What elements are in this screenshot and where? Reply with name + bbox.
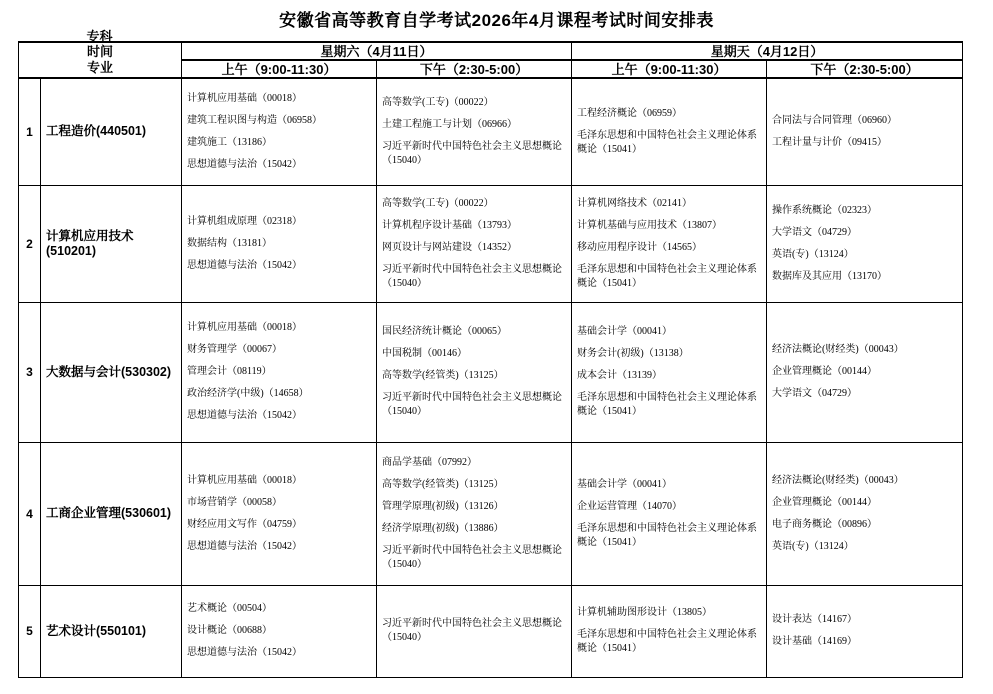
course-item: 习近平新时代中国特色社会主义思想概论（15040） <box>382 140 567 168</box>
courses-saturday-afternoon: 商品学基础（07992）高等数学(经管类)（13125）管理学原理(初级)（13… <box>377 442 572 585</box>
corner-header-cell: 时间 专业 <box>19 42 182 78</box>
course-item: 高等数学(工专)（00022） <box>382 197 567 211</box>
course-item: 计算机辅助图形设计（13805） <box>577 606 762 620</box>
course-item: 大学语文（04729） <box>772 226 958 240</box>
course-item: 高等数学(经管类)（13125） <box>382 369 567 383</box>
course-item: 电子商务概论（00896） <box>772 518 958 532</box>
course-item: 经济学原理(初级)（13886） <box>382 522 567 536</box>
course-item: 财务管理学（00067） <box>187 343 372 357</box>
course-item: 合同法与合同管理（06960） <box>772 114 958 128</box>
courses-saturday-morning: 计算机应用基础（00018）市场营销学（00058）财经应用文写作（04759）… <box>182 442 377 585</box>
course-item: 高等数学(工专)（00022） <box>382 96 567 110</box>
corner-major-label: 专业 <box>19 60 181 76</box>
course-item: 企业运营管理（14070） <box>577 500 762 514</box>
row-number: 2 <box>19 185 41 302</box>
courses-saturday-afternoon: 习近平新时代中国特色社会主义思想概论（15040） <box>377 585 572 677</box>
course-item: 思想道德与法治（15042） <box>187 158 372 172</box>
course-item: 设计表达（14167） <box>772 613 958 627</box>
major-name: 大数据与会计(530302) <box>41 302 182 442</box>
course-item: 计算机基础与应用技术（13807） <box>577 219 762 233</box>
row-number: 4 <box>19 442 41 585</box>
course-item: 建筑工程识图与构造（06958） <box>187 114 372 128</box>
course-item: 建筑施工（13186） <box>187 136 372 150</box>
course-item: 计算机应用基础（00018） <box>187 92 372 106</box>
courses-saturday-morning: 计算机组成原理（02318）数据结构（13181）思想道德与法治（15042） <box>182 185 377 302</box>
header-row-days: 时间 专业 星期六（4月11日） 星期天（4月12日） <box>19 42 963 60</box>
course-item: 设计概论（00688） <box>187 624 372 638</box>
course-item: 中国税制（00146） <box>382 347 567 361</box>
course-item: 操作系统概论（02323） <box>772 204 958 218</box>
courses-sunday-morning: 基础会计学（00041）财务会计(初级)（13138）成本会计（13139）毛泽… <box>572 302 767 442</box>
course-item: 政治经济学(中级)（14658） <box>187 387 372 401</box>
course-item: 计算机组成原理（02318） <box>187 215 372 229</box>
course-item: 毛泽东思想和中国特色社会主义理论体系概论（15041） <box>577 129 762 157</box>
course-item: 工程计量与计价（09415） <box>772 136 958 150</box>
course-item: 毛泽东思想和中国特色社会主义理论体系概论（15041） <box>577 263 762 291</box>
course-item: 思想道德与法治（15042） <box>187 259 372 273</box>
exam-schedule-page: 安徽省高等教育自学考试2026年4月课程考试时间安排表 专科 时间 专业 星期六… <box>0 0 993 694</box>
course-item: 基础会计学（00041） <box>577 478 762 492</box>
course-item: 思想道德与法治（15042） <box>187 646 372 660</box>
courses-sunday-afternoon: 经济法概论(财经类)（00043）企业管理概论（00144）电子商务概论（008… <box>767 442 963 585</box>
course-item: 市场营销学（00058） <box>187 496 372 510</box>
courses-sunday-morning: 基础会计学（00041）企业运营管理（14070）毛泽东思想和中国特色社会主义理… <box>572 442 767 585</box>
courses-saturday-morning: 艺术概论（00504）设计概论（00688）思想道德与法治（15042） <box>182 585 377 677</box>
course-item: 企业管理概论（00144） <box>772 496 958 510</box>
row-number: 3 <box>19 302 41 442</box>
course-item: 国民经济统计概论（00065） <box>382 325 567 339</box>
course-item: 财务会计(初级)（13138） <box>577 347 762 361</box>
courses-sunday-afternoon: 经济法概论(财经类)（00043）企业管理概论（00144）大学语文（04729… <box>767 302 963 442</box>
course-item: 高等数学(经管类)（13125） <box>382 478 567 492</box>
course-item: 经济法概论(财经类)（00043） <box>772 343 958 357</box>
table-row: 5 艺术设计(550101) 艺术概论（00504）设计概论（00688）思想道… <box>19 585 963 677</box>
course-item: 思想道德与法治（15042） <box>187 409 372 423</box>
major-name: 艺术设计(550101) <box>41 585 182 677</box>
course-item: 经济法概论(财经类)（00043） <box>772 474 958 488</box>
course-item: 商品学基础（07992） <box>382 456 567 470</box>
course-item: 企业管理概论（00144） <box>772 365 958 379</box>
header-saturday: 星期六（4月11日） <box>182 42 572 60</box>
table-header: 时间 专业 星期六（4月11日） 星期天（4月12日） 上午（9:00-11:3… <box>19 42 963 78</box>
courses-saturday-afternoon: 高等数学(工专)（00022）土建工程施工与计划（06966）习近平新时代中国特… <box>377 78 572 185</box>
course-item: 管理会计（08119） <box>187 365 372 379</box>
course-item: 数据结构（13181） <box>187 237 372 251</box>
course-item: 计算机程序设计基础（13793） <box>382 219 567 233</box>
course-item: 财经应用文写作（04759） <box>187 518 372 532</box>
courses-sunday-afternoon: 操作系统概论（02323）大学语文（04729）英语(专)（13124）数据库及… <box>767 185 963 302</box>
course-item: 大学语文（04729） <box>772 387 958 401</box>
course-item: 数据库及其应用（13170） <box>772 270 958 284</box>
courses-saturday-afternoon: 国民经济统计概论（00065）中国税制（00146）高等数学(经管类)（1312… <box>377 302 572 442</box>
courses-sunday-afternoon: 合同法与合同管理（06960）工程计量与计价（09415） <box>767 78 963 185</box>
header-sun-morning: 上午（9:00-11:30） <box>572 60 767 78</box>
course-item: 移动应用程序设计（14565） <box>577 241 762 255</box>
courses-sunday-morning: 计算机辅助图形设计（13805）毛泽东思想和中国特色社会主义理论体系概论（150… <box>572 585 767 677</box>
course-item: 计算机网络技术（02141） <box>577 197 762 211</box>
major-name: 计算机应用技术(510201) <box>41 185 182 302</box>
table-row: 2 计算机应用技术(510201) 计算机组成原理（02318）数据结构（131… <box>19 185 963 302</box>
course-item: 设计基础（14169） <box>772 635 958 649</box>
major-name: 工程造价(440501) <box>41 78 182 185</box>
table-row: 3 大数据与会计(530302) 计算机应用基础（00018）财务管理学（000… <box>19 302 963 442</box>
course-item: 毛泽东思想和中国特色社会主义理论体系概论（15041） <box>577 522 762 550</box>
course-item: 英语(专)（13124） <box>772 540 958 554</box>
courses-sunday-morning: 计算机网络技术（02141）计算机基础与应用技术（13807）移动应用程序设计（… <box>572 185 767 302</box>
header-sunday: 星期天（4月12日） <box>572 42 963 60</box>
corner-time-label: 时间 <box>19 44 181 60</box>
course-item: 英语(专)（13124） <box>772 248 958 262</box>
courses-sunday-afternoon: 设计表达（14167）设计基础（14169） <box>767 585 963 677</box>
table-row: 4 工商企业管理(530601) 计算机应用基础（00018）市场营销学（000… <box>19 442 963 585</box>
courses-saturday-morning: 计算机应用基础（00018）财务管理学（00067）管理会计（08119）政治经… <box>182 302 377 442</box>
course-item: 毛泽东思想和中国特色社会主义理论体系概论（15041） <box>577 628 762 656</box>
course-item: 管理学原理(初级)（13126） <box>382 500 567 514</box>
row-number: 5 <box>19 585 41 677</box>
course-item: 习近平新时代中国特色社会主义思想概论（15040） <box>382 617 567 645</box>
course-item: 计算机应用基础（00018） <box>187 321 372 335</box>
row-number: 1 <box>19 78 41 185</box>
course-item: 习近平新时代中国特色社会主义思想概论（15040） <box>382 263 567 291</box>
course-item: 习近平新时代中国特色社会主义思想概论（15040） <box>382 544 567 572</box>
courses-saturday-afternoon: 高等数学(工专)（00022）计算机程序设计基础（13793）网页设计与网站建设… <box>377 185 572 302</box>
course-item: 艺术概论（00504） <box>187 602 372 616</box>
header-sat-morning: 上午（9:00-11:30） <box>182 60 377 78</box>
exam-schedule-table: 时间 专业 星期六（4月11日） 星期天（4月12日） 上午（9:00-11:3… <box>18 41 963 678</box>
course-item: 成本会计（13139） <box>577 369 762 383</box>
course-item: 毛泽东思想和中国特色社会主义理论体系概论（15041） <box>577 391 762 419</box>
major-name: 工商企业管理(530601) <box>41 442 182 585</box>
course-item: 基础会计学（00041） <box>577 325 762 339</box>
header-sun-afternoon: 下午（2:30-5:00） <box>767 60 963 78</box>
course-item: 习近平新时代中国特色社会主义思想概论（15040） <box>382 391 567 419</box>
course-item: 网页设计与网站建设（14352） <box>382 241 567 255</box>
schedule-body: 1 工程造价(440501) 计算机应用基础（00018）建筑工程识图与构造（0… <box>19 78 963 677</box>
header-sat-afternoon: 下午（2:30-5:00） <box>377 60 572 78</box>
course-item: 土建工程施工与计划（06966） <box>382 118 567 132</box>
course-item: 计算机应用基础（00018） <box>187 474 372 488</box>
courses-saturday-morning: 计算机应用基础（00018）建筑工程识图与构造（06958）建筑施工（13186… <box>182 78 377 185</box>
table-row: 1 工程造价(440501) 计算机应用基础（00018）建筑工程识图与构造（0… <box>19 78 963 185</box>
courses-sunday-morning: 工程经济概论（06959）毛泽东思想和中国特色社会主义理论体系概论（15041） <box>572 78 767 185</box>
course-item: 工程经济概论（06959） <box>577 107 762 121</box>
course-item: 思想道德与法治（15042） <box>187 540 372 554</box>
